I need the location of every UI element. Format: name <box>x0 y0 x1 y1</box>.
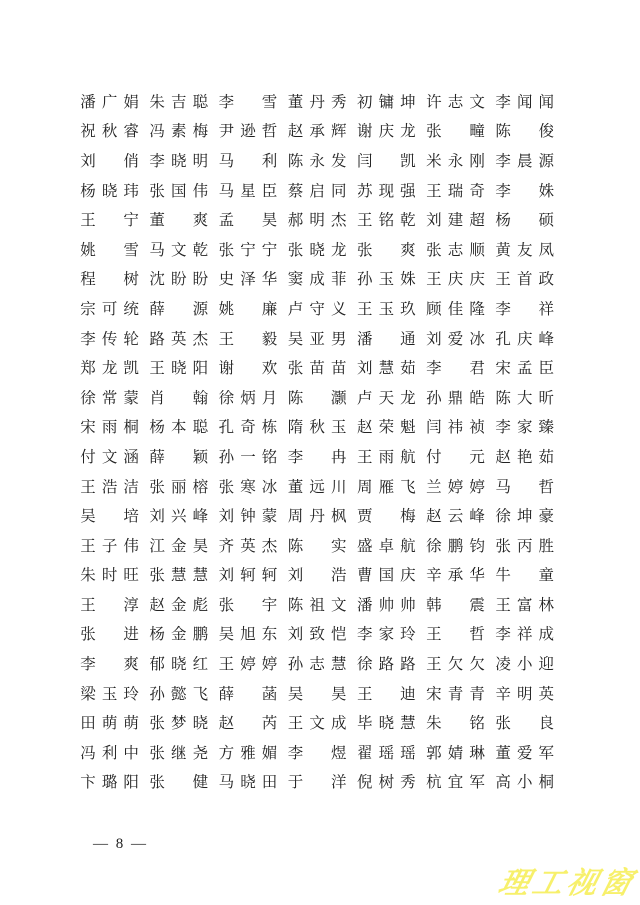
name-entry: 陈灏 <box>288 386 357 408</box>
name-entry: 高小桐 <box>495 770 564 792</box>
name-row: 程树沈盼盼史泽华窦成菲孙玉姝王庆庆王首政 <box>80 264 565 294</box>
name-entry: 吴昊 <box>288 682 357 704</box>
name-entry: 窦成菲 <box>288 267 357 289</box>
name-entry: 潘通 <box>357 327 426 349</box>
name-row: 张进杨金鹏吴旭东刘致恺李家玲王哲李祥成 <box>80 619 565 649</box>
name-row: 吴培刘兴峰刘钟蒙周丹枫贾梅赵云峰徐坤豪 <box>80 500 565 530</box>
name-entry: 郑龙凯 <box>80 356 149 378</box>
name-entry: 苏现强 <box>357 179 426 201</box>
name-entry: 卢天龙 <box>357 386 426 408</box>
name-entry: 孙志慧 <box>288 652 357 674</box>
name-entry: 陈大昕 <box>495 386 564 408</box>
name-entry: 薛颖 <box>149 445 218 467</box>
name-entry: 梁玉玲 <box>80 682 149 704</box>
name-entry: 曹国庆 <box>357 563 426 585</box>
name-entry: 王富林 <box>495 593 564 615</box>
name-entry: 谢欢 <box>218 356 287 378</box>
name-row: 刘俏李晓明马利陈永发闫凯米永刚李晨源 <box>80 145 565 175</box>
name-entry: 肖翰 <box>149 386 218 408</box>
name-entry: 王迪 <box>357 682 426 704</box>
name-entry: 孔庆峰 <box>495 327 564 349</box>
name-entry: 董爽 <box>149 208 218 230</box>
name-entry: 孙玉姝 <box>357 267 426 289</box>
name-entry: 张进 <box>80 622 149 644</box>
name-entry: 赵荣魁 <box>357 415 426 437</box>
name-entry: 方雅媚 <box>218 741 287 763</box>
name-entry: 张寒冰 <box>218 475 287 497</box>
name-entry: 毕晓慧 <box>357 711 426 733</box>
name-entry: 潘帅帅 <box>357 593 426 615</box>
name-entry: 赵云峰 <box>426 504 495 526</box>
name-entry: 赵艳茹 <box>495 445 564 467</box>
name-entry: 齐英杰 <box>218 534 287 556</box>
name-entry: 赵承辉 <box>288 119 357 141</box>
name-entry: 闫祎祯 <box>426 415 495 437</box>
name-entry: 郭婧琳 <box>426 741 495 763</box>
name-row: 姚雪马文乾张宁宁张晓龙张爽张志顺黄友凤 <box>80 234 565 264</box>
name-entry: 张梦晓 <box>149 711 218 733</box>
name-entry: 周丹枫 <box>288 504 357 526</box>
name-entry: 刘兴峰 <box>149 504 218 526</box>
name-entry: 隋秋玉 <box>288 415 357 437</box>
name-entry: 王婷婷 <box>218 652 287 674</box>
name-entry: 吴培 <box>80 504 149 526</box>
name-entry: 王文成 <box>288 711 357 733</box>
name-entry: 李晓明 <box>149 149 218 171</box>
name-entry: 倪树秀 <box>357 770 426 792</box>
name-entry: 马哲 <box>495 475 564 497</box>
name-entry: 米永刚 <box>426 149 495 171</box>
name-entry: 宋青青 <box>426 682 495 704</box>
name-entry: 程树 <box>80 267 149 289</box>
names-list: 潘广娟朱吉聪李雪董丹秀初镛坤许志文李闻闻祝秋睿冯素梅尹逊哲赵承辉谢庆龙张疃陈俊刘… <box>80 86 565 796</box>
name-entry: 张慧慧 <box>149 563 218 585</box>
name-entry: 王铭乾 <box>357 208 426 230</box>
name-entry: 刘俏 <box>80 149 149 171</box>
name-entry: 李传轮 <box>80 327 149 349</box>
name-entry: 兰婷婷 <box>426 475 495 497</box>
watermark-logo: 理工视窗 <box>495 858 640 902</box>
name-entry: 祝秋睿 <box>80 119 149 141</box>
name-row: 郑龙凯王晓阳谢欢张苗苗刘慧茹李君宋孟臣 <box>80 352 565 382</box>
name-entry: 闫凯 <box>357 149 426 171</box>
name-entry: 李祥成 <box>495 622 564 644</box>
name-entry: 黄友凤 <box>495 238 564 260</box>
name-entry: 吴旭东 <box>218 622 287 644</box>
name-entry: 杨硕 <box>495 208 564 230</box>
name-row: 朱时旺张慧慧刘轲轲刘浩曹国庆辛承华牛童 <box>80 560 565 590</box>
name-entry: 赵金彪 <box>149 593 218 615</box>
name-entry: 李家臻 <box>495 415 564 437</box>
name-entry: 谢庆龙 <box>357 119 426 141</box>
name-entry: 许志文 <box>426 90 495 112</box>
name-entry: 王庆庆 <box>426 267 495 289</box>
name-entry: 马利 <box>218 149 287 171</box>
name-entry: 李冉 <box>288 445 357 467</box>
name-row: 杨晓玮张国伟马星臣蔡启同苏现强王瑞奇李姝 <box>80 175 565 205</box>
name-entry: 顾佳隆 <box>426 297 495 319</box>
name-entry: 冯素梅 <box>149 119 218 141</box>
name-entry: 牛童 <box>495 563 564 585</box>
name-entry: 张良 <box>495 711 564 733</box>
name-entry: 李祥 <box>495 297 564 319</box>
name-entry: 潘广娟 <box>80 90 149 112</box>
name-entry: 张宇 <box>218 593 287 615</box>
name-entry: 王玉玖 <box>357 297 426 319</box>
name-entry: 张苗苗 <box>288 356 357 378</box>
name-row: 宗可统薛源姚廉卢守义王玉玖顾佳隆李祥 <box>80 293 565 323</box>
name-entry: 张爽 <box>357 238 426 260</box>
name-entry: 蔡启同 <box>288 179 357 201</box>
name-row: 徐常蒙肖翰徐炳月陈灏卢天龙孙鼎皓陈大昕 <box>80 382 565 412</box>
name-entry: 李家玲 <box>357 622 426 644</box>
name-row: 梁玉玲孙懿飞薛菡吴昊王迪宋青青辛明英 <box>80 678 565 708</box>
name-entry: 董丹秀 <box>288 90 357 112</box>
name-entry: 李君 <box>426 356 495 378</box>
document-page: 潘广娟朱吉聪李雪董丹秀初镛坤许志文李闻闻祝秋睿冯素梅尹逊哲赵承辉谢庆龙张疃陈俊刘… <box>0 0 640 905</box>
name-entry: 孙一铭 <box>218 445 287 467</box>
name-row: 潘广娟朱吉聪李雪董丹秀初镛坤许志文李闻闻 <box>80 86 565 116</box>
name-entry: 张宁宁 <box>218 238 287 260</box>
name-entry: 赵芮 <box>218 711 287 733</box>
name-entry: 姚廉 <box>218 297 287 319</box>
name-entry: 王欠欠 <box>426 652 495 674</box>
name-entry: 付文涵 <box>80 445 149 467</box>
name-entry: 孟昊 <box>218 208 287 230</box>
name-entry: 李闻闻 <box>495 90 564 112</box>
name-entry: 李姝 <box>495 179 564 201</box>
name-entry: 王晓阳 <box>149 356 218 378</box>
name-row: 王子伟江金昊齐英杰陈实盛卓航徐鹏钧张丙胜 <box>80 530 565 560</box>
name-entry: 张丽榕 <box>149 475 218 497</box>
name-entry: 张疃 <box>426 119 495 141</box>
name-entry: 徐鹏钧 <box>426 534 495 556</box>
name-entry: 朱吉聪 <box>149 90 218 112</box>
name-entry: 刘致恺 <box>288 622 357 644</box>
name-entry: 江金昊 <box>149 534 218 556</box>
name-entry: 马星臣 <box>218 179 287 201</box>
name-entry: 张丙胜 <box>495 534 564 556</box>
name-entry: 张继尧 <box>149 741 218 763</box>
name-row: 宋雨桐杨本聪孔奇栋隋秋玉赵荣魁闫祎祯李家臻 <box>80 412 565 442</box>
name-entry: 陈永发 <box>288 149 357 171</box>
name-entry: 刘轲轲 <box>218 563 287 585</box>
name-entry: 马文乾 <box>149 238 218 260</box>
name-entry: 徐炳月 <box>218 386 287 408</box>
name-entry: 马晓田 <box>218 770 287 792</box>
name-entry: 王瑞奇 <box>426 179 495 201</box>
page-number: — 8 — <box>93 836 148 853</box>
name-entry: 杨晓玮 <box>80 179 149 201</box>
name-entry: 杨本聪 <box>149 415 218 437</box>
name-entry: 张晓龙 <box>288 238 357 260</box>
name-row: 王淳赵金彪张宇陈祖文潘帅帅韩震王富林 <box>80 589 565 619</box>
name-row: 祝秋睿冯素梅尹逊哲赵承辉谢庆龙张疃陈俊 <box>80 116 565 146</box>
name-entry: 初镛坤 <box>357 90 426 112</box>
name-entry: 王淳 <box>80 593 149 615</box>
name-entry: 王毅 <box>218 327 287 349</box>
name-entry: 李雪 <box>218 90 287 112</box>
name-entry: 张国伟 <box>149 179 218 201</box>
name-entry: 周雁飞 <box>357 475 426 497</box>
name-row: 卞璐阳张健马晓田于洋倪树秀杭宜军高小桐 <box>80 767 565 797</box>
name-row: 田萌萌张梦晓赵芮王文成毕晓慧朱铭张良 <box>80 707 565 737</box>
name-entry: 姚雪 <box>80 238 149 260</box>
name-entry: 朱时旺 <box>80 563 149 585</box>
name-entry: 郁晓红 <box>149 652 218 674</box>
name-entry: 张志顺 <box>426 238 495 260</box>
name-entry: 史泽华 <box>218 267 287 289</box>
name-entry: 沈盼盼 <box>149 267 218 289</box>
name-entry: 田萌萌 <box>80 711 149 733</box>
name-entry: 李爽 <box>80 652 149 674</box>
name-entry: 张健 <box>149 770 218 792</box>
name-entry: 陈实 <box>288 534 357 556</box>
name-entry: 于洋 <box>288 770 357 792</box>
name-entry: 王浩洁 <box>80 475 149 497</box>
name-entry: 辛明英 <box>495 682 564 704</box>
name-row: 王宁董爽孟昊郝明杰王铭乾刘建超杨硕 <box>80 204 565 234</box>
name-entry: 盛卓航 <box>357 534 426 556</box>
name-row: 李传轮路英杰王毅吴亚男潘通刘爱冰孔庆峰 <box>80 323 565 353</box>
name-entry: 尹逊哲 <box>218 119 287 141</box>
name-entry: 薛菡 <box>218 682 287 704</box>
name-row: 冯利中张继尧方雅媚李煜翟瑶瑶郭婧琳董爱军 <box>80 737 565 767</box>
name-entry: 李晨源 <box>495 149 564 171</box>
name-entry: 薛源 <box>149 297 218 319</box>
name-entry: 卢守义 <box>288 297 357 319</box>
name-entry: 贾梅 <box>357 504 426 526</box>
name-entry: 宋雨桐 <box>80 415 149 437</box>
name-entry: 刘浩 <box>288 563 357 585</box>
name-entry: 董爱军 <box>495 741 564 763</box>
name-entry: 陈祖文 <box>288 593 357 615</box>
name-entry: 孙鼎皓 <box>426 386 495 408</box>
name-entry: 孔奇栋 <box>218 415 287 437</box>
name-entry: 冯利中 <box>80 741 149 763</box>
name-entry: 吴亚男 <box>288 327 357 349</box>
name-entry: 宗可统 <box>80 297 149 319</box>
name-row: 王浩洁张丽榕张寒冰董远川周雁飞兰婷婷马哲 <box>80 471 565 501</box>
name-entry: 李煜 <box>288 741 357 763</box>
name-entry: 刘爱冰 <box>426 327 495 349</box>
name-entry: 董远川 <box>288 475 357 497</box>
name-entry: 朱铭 <box>426 711 495 733</box>
name-entry: 付元 <box>426 445 495 467</box>
name-entry: 卞璐阳 <box>80 770 149 792</box>
name-entry: 郝明杰 <box>288 208 357 230</box>
name-entry: 宋孟臣 <box>495 356 564 378</box>
name-entry: 刘慧茹 <box>357 356 426 378</box>
name-row: 李爽郁晓红王婷婷孙志慧徐路路王欠欠凌小迎 <box>80 648 565 678</box>
name-entry: 陈俊 <box>495 119 564 141</box>
name-entry: 徐坤豪 <box>495 504 564 526</box>
name-entry: 辛承华 <box>426 563 495 585</box>
name-entry: 杭宜军 <box>426 770 495 792</box>
name-entry: 王哲 <box>426 622 495 644</box>
name-row: 付文涵薛颖孙一铭李冉王雨航付元赵艳茹 <box>80 441 565 471</box>
name-entry: 刘建超 <box>426 208 495 230</box>
name-entry: 杨金鹏 <box>149 622 218 644</box>
name-entry: 王子伟 <box>80 534 149 556</box>
name-entry: 刘钟蒙 <box>218 504 287 526</box>
name-entry: 翟瑶瑶 <box>357 741 426 763</box>
name-entry: 徐常蒙 <box>80 386 149 408</box>
name-entry: 王雨航 <box>357 445 426 467</box>
name-entry: 孙懿飞 <box>149 682 218 704</box>
name-entry: 徐路路 <box>357 652 426 674</box>
name-entry: 韩震 <box>426 593 495 615</box>
name-entry: 路英杰 <box>149 327 218 349</box>
name-entry: 王宁 <box>80 208 149 230</box>
name-entry: 凌小迎 <box>495 652 564 674</box>
name-entry: 王首政 <box>495 267 564 289</box>
